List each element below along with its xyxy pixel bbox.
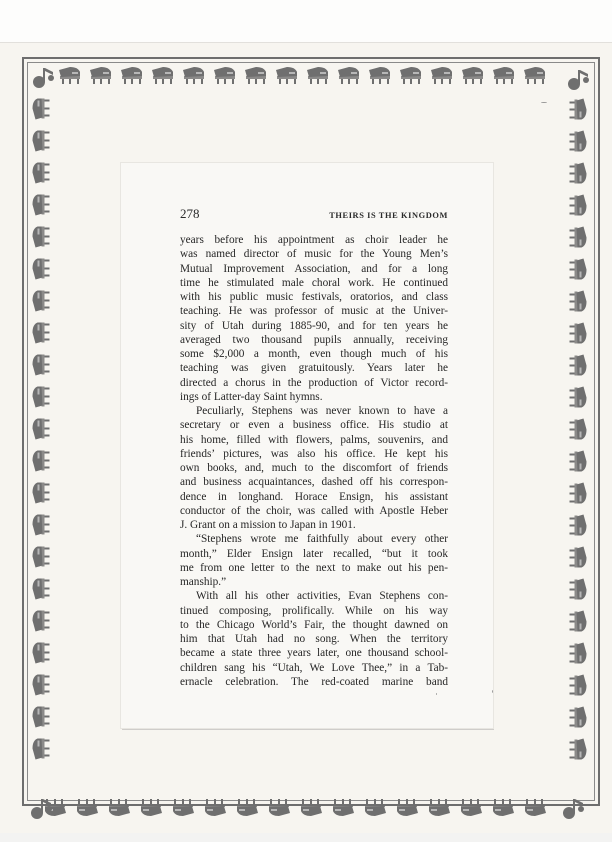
scan-speck [492, 690, 493, 693]
text-line: me from one letter to the next to make o… [180, 561, 448, 575]
piano-icon [565, 642, 592, 664]
piano-icon [366, 64, 393, 86]
piano-icon [234, 797, 261, 819]
piano-icon [27, 98, 54, 120]
piano-icon [298, 797, 325, 819]
text-line: and business acquaintances, dashed off h… [180, 475, 448, 489]
text-line: secretary or even a business office. His… [180, 418, 448, 432]
piano-icon [565, 546, 592, 568]
piano-icon [521, 64, 548, 86]
piano-icon [27, 514, 54, 536]
text-line: teaching. He was professor of music at t… [180, 304, 448, 318]
piano-icon [304, 64, 331, 86]
piano-icon [118, 64, 145, 86]
text-line: children sang his “Utah, We Love Thee,” … [180, 661, 448, 675]
piano-icon [87, 64, 114, 86]
piano-icon [394, 797, 421, 819]
piano-icon [565, 674, 592, 696]
piano-icon [149, 64, 176, 86]
piano-icon [565, 130, 592, 152]
piano-icon [27, 194, 54, 216]
music-note-icon [565, 66, 591, 92]
piano-icon [565, 290, 592, 312]
scan-speck [436, 693, 437, 695]
running-header: 278 THEIRS IS THE KINGDOM [180, 206, 448, 222]
text-line: month,” Elder Ensign later recalled, “bu… [180, 547, 448, 561]
piano-icon [428, 64, 455, 86]
piano-icon [565, 610, 592, 632]
music-note-icon [30, 64, 56, 90]
piano-icon [273, 64, 300, 86]
piano-icon [180, 64, 207, 86]
border-top-pianos [56, 64, 548, 86]
piano-icon [565, 226, 592, 248]
piano-icon [27, 354, 54, 376]
text-line: conductor of the choir, was called with … [180, 504, 448, 518]
text-line: some $2,000 a month, even though much of… [180, 347, 448, 361]
piano-icon [565, 450, 592, 472]
piano-icon [266, 797, 293, 819]
text-line: manship.” [180, 575, 448, 589]
piano-icon [27, 290, 54, 312]
text-line: J. Grant on a mission to Japan in 1901. [180, 518, 448, 532]
piano-icon [565, 322, 592, 344]
text-line: teaching was given gratuitously. Years l… [180, 361, 448, 375]
text-line: dence in longhand. Horace Ensign, his as… [180, 490, 448, 504]
piano-icon [27, 610, 54, 632]
piano-icon [106, 797, 133, 819]
piano-icon [27, 450, 54, 472]
scan-bottom-edge [0, 833, 612, 842]
piano-icon [27, 738, 54, 760]
piano-icon [426, 797, 453, 819]
piano-icon [74, 797, 101, 819]
text-line: years before his appointment as choir le… [180, 233, 448, 247]
text-line: own books, and, much to the discomfort o… [180, 461, 448, 475]
text-line: became a state three years later, one th… [180, 646, 448, 660]
piano-icon [27, 322, 54, 344]
piano-icon [490, 64, 517, 86]
text-line: friends’ pictures, was also his office. … [180, 447, 448, 461]
text-line: time he stimulated male choral work. He … [180, 276, 448, 290]
piano-icon [565, 514, 592, 536]
piano-icon [27, 546, 54, 568]
piano-icon [27, 578, 54, 600]
piano-icon [27, 482, 54, 504]
piano-icon [397, 64, 424, 86]
piano-icon [242, 64, 269, 86]
paragraph: With all his other activities, Evan Step… [180, 589, 448, 689]
text-line: tinued composing, prolifically. While on… [180, 604, 448, 618]
piano-icon [27, 386, 54, 408]
body-text: years before his appointment as choir le… [180, 233, 448, 689]
paragraph: “Stephens wrote me faithfully about ever… [180, 532, 448, 589]
text-line: ings of Latter-day Saint hymns. [180, 390, 448, 404]
border-bottom-pianos [42, 797, 549, 819]
piano-icon [565, 258, 592, 280]
piano-icon [27, 706, 54, 728]
piano-icon [170, 797, 197, 819]
piano-icon [458, 797, 485, 819]
scan-speck [541, 102, 547, 103]
text-line: was named director of music for the Youn… [180, 247, 448, 261]
text-line: Peculiarly, Stephens was never known to … [180, 404, 448, 418]
running-title: THEIRS IS THE KINGDOM [329, 211, 448, 220]
text-line: averaged two thousand pupils annually, r… [180, 333, 448, 347]
piano-icon [202, 797, 229, 819]
text-line: to the Chicago World’s Fair, the thought… [180, 618, 448, 632]
piano-icon [27, 162, 54, 184]
text-line: directed a chorus in the production of V… [180, 376, 448, 390]
paragraph: years before his appointment as choir le… [180, 233, 448, 404]
piano-icon [565, 354, 592, 376]
piano-icon [27, 418, 54, 440]
piano-icon [565, 194, 592, 216]
piano-icon [565, 386, 592, 408]
piano-icon [27, 226, 54, 248]
piano-icon [27, 130, 54, 152]
piano-icon [565, 418, 592, 440]
piano-icon [362, 797, 389, 819]
piano-icon [330, 797, 357, 819]
text-line: “Stephens wrote me faithfully about ever… [180, 532, 448, 546]
piano-icon [56, 64, 83, 86]
piano-icon [565, 706, 592, 728]
piano-icon [27, 642, 54, 664]
piano-icon [490, 797, 517, 819]
page-number: 278 [180, 206, 200, 222]
border-left-pianos [27, 98, 54, 760]
piano-icon [565, 162, 592, 184]
piano-icon [565, 738, 592, 760]
text-line: sity of Utah during 1885-90, and for ten… [180, 319, 448, 333]
border-right-pianos [565, 98, 592, 760]
music-note-icon [28, 795, 54, 821]
piano-icon [27, 258, 54, 280]
music-note-icon [560, 795, 586, 821]
piano-icon [565, 98, 592, 120]
paragraph: Peculiarly, Stephens was never known to … [180, 404, 448, 532]
text-line: with his public music festivals, oratori… [180, 290, 448, 304]
piano-icon [459, 64, 486, 86]
piano-icon [565, 482, 592, 504]
text-line: his home, filled with flowers, palms, so… [180, 433, 448, 447]
text-line: With all his other activities, Evan Step… [180, 589, 448, 603]
piano-icon [138, 797, 165, 819]
text-line: him that Utah had no song. When the terr… [180, 632, 448, 646]
text-line: Mutual Improvement Association, and for … [180, 262, 448, 276]
piano-icon [211, 64, 238, 86]
piano-icon [27, 674, 54, 696]
text-line: ernacle celebration. The red-coated mari… [180, 675, 448, 689]
piano-icon [522, 797, 549, 819]
piano-icon [565, 578, 592, 600]
piano-icon [335, 64, 362, 86]
